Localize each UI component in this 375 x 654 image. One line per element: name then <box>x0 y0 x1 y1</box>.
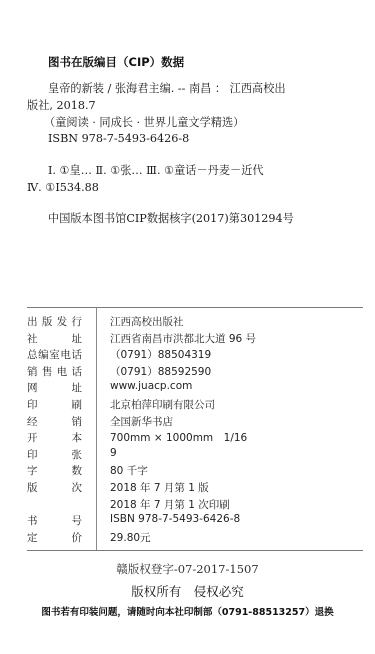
imprint-label-char: 次 <box>72 480 83 495</box>
imprint-row: 定价29.80元 <box>27 530 362 546</box>
imprint-row: 开本700mm × 1000mm 1/16 <box>27 430 362 446</box>
imprint-value: ISBN 978-7-5493-6426-8 <box>110 513 240 525</box>
imprint-value: 700mm × 1000mm 1/16 <box>110 430 247 445</box>
imprint-label-char: 版 <box>27 480 38 495</box>
imprint-row: 社址江西省南昌市洪都北大道 96 号 <box>27 331 362 347</box>
imprint-row: 书号ISBN 978-7-5493-6426-8 <box>27 513 362 529</box>
imprint-label: 印张 <box>27 447 82 462</box>
imprint-label-char: 刷 <box>72 397 83 412</box>
cip-book-info-line2: 版社, 2018.7 <box>27 98 96 113</box>
imprint-row: 经销全国新华书店 <box>27 414 362 430</box>
imprint-label: 社址 <box>27 331 82 346</box>
imprint-label-char: 总 <box>27 347 38 362</box>
imprint-value: （0791）88592590 <box>110 364 211 379</box>
imprint-label-char: 网 <box>27 380 38 395</box>
imprint-label-char: 经 <box>27 414 38 429</box>
imprint-label: 开本 <box>27 430 82 445</box>
imprint-label-char: 室 <box>49 347 60 362</box>
imprint-row: 版次2018 年 7 月第 1 版 <box>27 480 362 496</box>
imprint-label-char: 电 <box>57 364 68 379</box>
imprint-value: 江西省南昌市洪都北大道 96 号 <box>110 331 256 346</box>
imprint-label: 出版发行 <box>27 314 82 329</box>
imprint-label-char: 书 <box>27 513 38 528</box>
imprint-label-char: 价 <box>72 530 83 545</box>
imprint-label-char: 话 <box>72 347 83 362</box>
cip-book-info-line1: 皇帝的新装 / 张海君主编. -- 南昌 ： 江西高校出 <box>48 81 286 96</box>
cip-isbn: ISBN 978-7-5493-6426-8 <box>48 131 189 146</box>
imprint-label: 总编室电话 <box>27 347 82 362</box>
imprint-value: 2018 年 7 月第 1 版 <box>110 480 209 495</box>
imprint-label-char: 版 <box>42 314 53 329</box>
imprint-label: 印刷 <box>27 397 82 412</box>
imprint-value: www.juacp.com <box>110 380 192 392</box>
imprint-label-char: 行 <box>71 314 82 329</box>
imprint-label-char: 社 <box>27 331 38 346</box>
imprint-row: 2018 年 7 月第 1 次印刷 <box>27 497 362 513</box>
rights-reserved: 版权所有 侵权必究 <box>0 582 375 600</box>
imprint-value: 9 <box>110 447 117 459</box>
imprint-label-char: 址 <box>72 331 83 346</box>
imprint-label-char: 发 <box>57 314 68 329</box>
cip-series: （童阅读 · 同成长 · 世界儿童文学精选） <box>44 115 244 130</box>
imprint-row: 印刷北京柏萍印刷有限公司 <box>27 397 362 413</box>
imprint-row: 印张9 <box>27 447 362 463</box>
table-bottom-rule <box>27 550 363 551</box>
imprint-label-char: 印 <box>27 397 38 412</box>
imprint-value: 2018 年 7 月第 1 次印刷 <box>110 497 230 512</box>
imprint-row: 销售电话（0791）88592590 <box>27 364 362 380</box>
imprint-label: 版次 <box>27 480 82 495</box>
cip-verification-number: 中国版本图书馆CIP数据核字(2017)第301294号 <box>48 211 294 226</box>
imprint-label-char: 号 <box>72 513 83 528</box>
imprint-value: 80 千字 <box>110 463 148 478</box>
table-top-rule <box>27 307 363 308</box>
imprint-value: 29.80元 <box>110 530 151 545</box>
imprint-label-char: 数 <box>72 463 83 478</box>
imprint-value: 全国新华书店 <box>110 414 173 429</box>
imprint-label: 书号 <box>27 513 82 528</box>
imprint-row: 出版发行江西高校出版社 <box>27 314 362 330</box>
imprint-value: （0791）88504319 <box>110 347 211 362</box>
imprint-label-char: 开 <box>27 430 38 445</box>
imprint-label-char: 本 <box>72 430 83 445</box>
imprint-row: 总编室电话（0791）88504319 <box>27 347 362 363</box>
imprint-label: 字数 <box>27 463 82 478</box>
imprint-label-char: 张 <box>72 447 83 462</box>
imprint-label: 经销 <box>27 414 82 429</box>
imprint-label-char: 字 <box>27 463 38 478</box>
imprint-value: 江西高校出版社 <box>110 314 184 329</box>
imprint-label: 网址 <box>27 380 82 395</box>
imprint-row: 字数80 千字 <box>27 463 362 479</box>
imprint-label-char: 销 <box>72 414 83 429</box>
cip-classification-line1: Ⅰ. ①皇… Ⅱ. ①张… Ⅲ. ①童话－丹麦－近代 <box>48 163 264 178</box>
imprint-label: 定价 <box>27 530 82 545</box>
imprint-label-char: 话 <box>71 364 82 379</box>
imprint-label-char: 销 <box>27 364 38 379</box>
imprint-label: 销售电话 <box>27 364 82 379</box>
imprint-label-char: 编 <box>38 347 49 362</box>
imprint-value: 北京柏萍印刷有限公司 <box>110 397 215 412</box>
cip-classification-line2: Ⅳ. ①I534.88 <box>27 180 99 195</box>
imprint-label-char: 出 <box>27 314 38 329</box>
imprint-row: 网址www.juacp.com <box>27 380 362 396</box>
imprint-label-char: 售 <box>42 364 53 379</box>
imprint-label-char: 定 <box>27 530 38 545</box>
imprint-label-char: 印 <box>27 447 38 462</box>
cip-title: 图书在版编目（CIP）数据 <box>48 54 184 70</box>
imprint-label-char: 电 <box>60 347 71 362</box>
copyright-registration: 赣版权登字-07-2017-1507 <box>0 561 375 577</box>
imprint-label-char: 址 <box>72 380 83 395</box>
print-defect-notice: 图书若有印装问题，请随时向本社印制部（0791-88513257）退换 <box>0 604 375 618</box>
